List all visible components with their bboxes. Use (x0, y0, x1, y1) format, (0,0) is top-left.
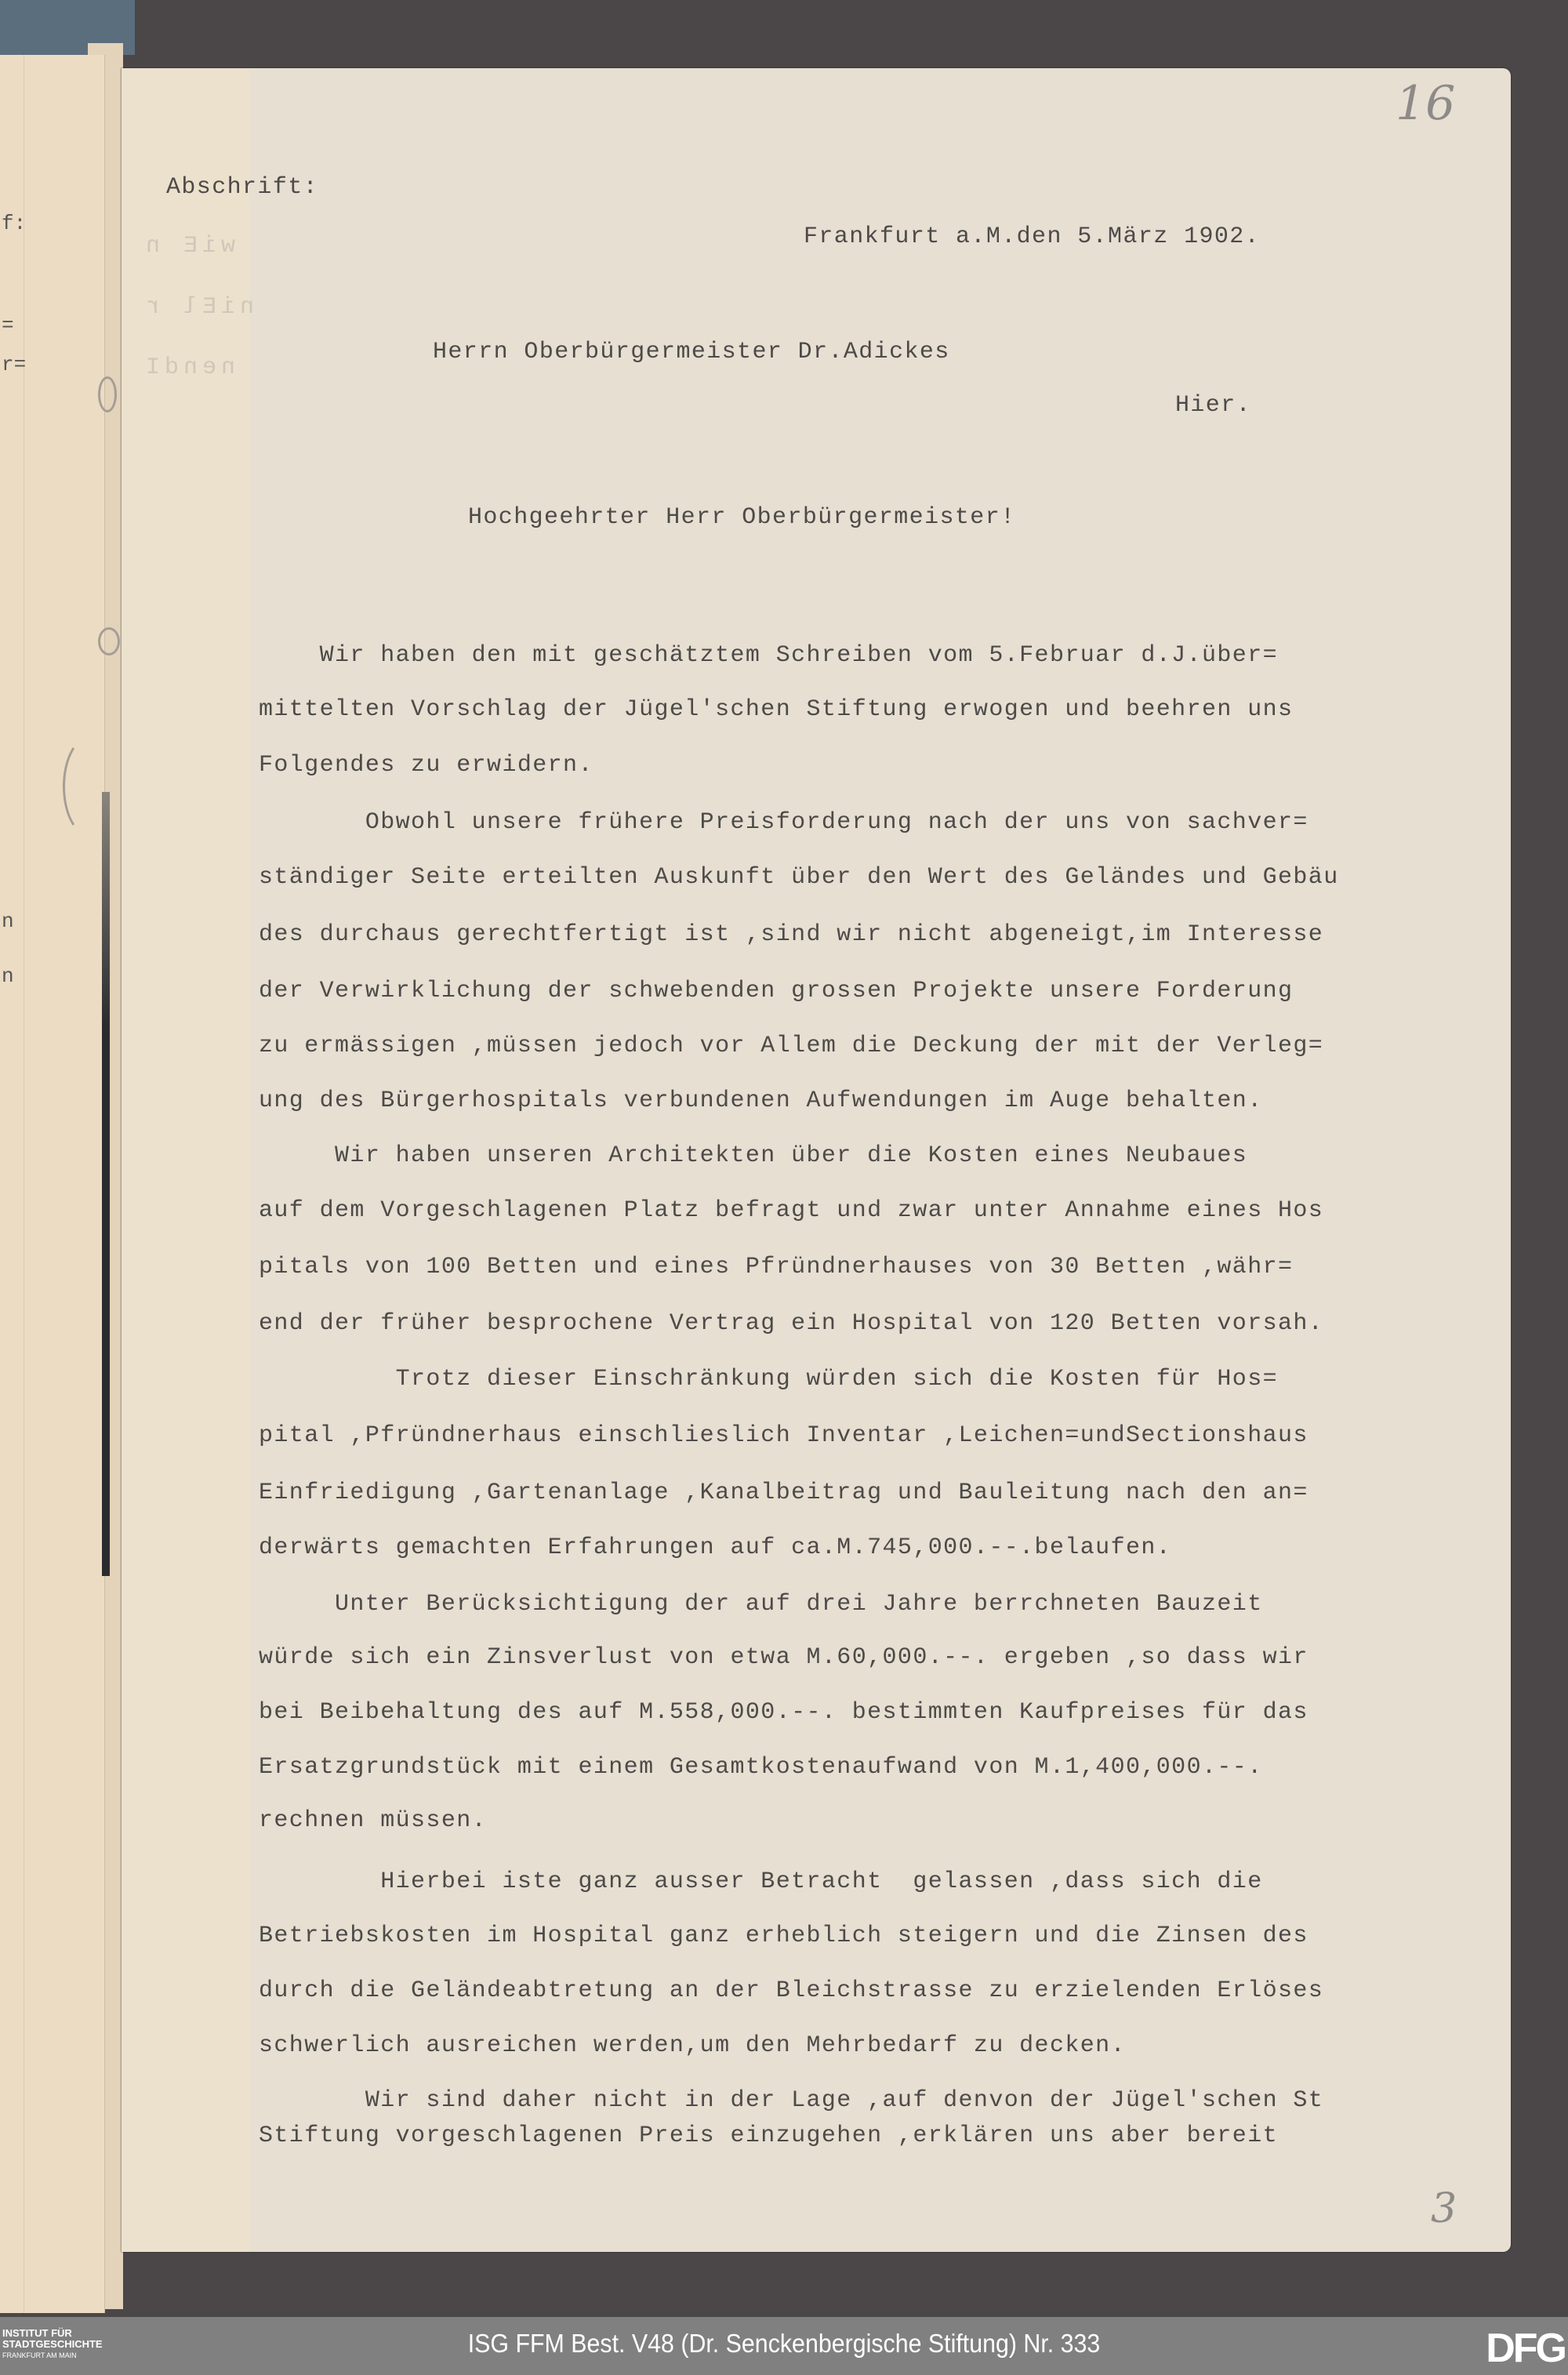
body-line: Unter Berücksichtigung der auf drei Jahr… (259, 1591, 1263, 1618)
binding-spine-shadow (102, 792, 110, 1576)
body-line: Trotz dieser Einschränkung würden sich d… (259, 1366, 1278, 1393)
body-line: durch die Geländeabtretung an der Bleich… (259, 1977, 1323, 2004)
header-label: Abschrift: (166, 174, 318, 201)
handwritten-folio-number: 16 (1396, 76, 1455, 131)
body-line: Einfriedigung ,Gartenanlage ,Kanalbeitra… (259, 1480, 1308, 1506)
handwritten-page-number: 3 (1431, 2185, 1457, 2232)
underlying-text-fragment: r= (2, 353, 26, 376)
scan-background: f: = r= n n wiE n niEl r nendI 16 Abschr… (0, 0, 1568, 2317)
body-line: Ersatzgrundstück mit einem Gesamtkostena… (259, 1754, 1263, 1781)
page-margin-band (122, 68, 249, 2252)
binding-string-icon (98, 627, 120, 655)
body-line: rechnen müssen. (259, 1807, 487, 1834)
body-line: Wir haben unseren Architekten über die K… (259, 1142, 1247, 1169)
body-line: derwärts gemachten Erfahrungen auf ca.M.… (259, 1534, 1171, 1561)
body-line: würde sich ein Zinsverlust von etwa M.60… (259, 1644, 1308, 1671)
bleed-through-text: nendI (141, 354, 235, 381)
body-line: Hierbei iste ganz ausser Betracht gelass… (259, 1868, 1263, 1895)
underlying-text-fragment: = (2, 314, 14, 337)
recipient-location: Hier. (1175, 392, 1251, 419)
body-line: Obwohl unsere frühere Preisforderung nac… (259, 809, 1308, 836)
body-line: mittelten Vorschlag der Jügel'schen Stif… (259, 696, 1293, 723)
body-line: des durchaus gerechtfertigt ist ,sind wi… (259, 921, 1323, 948)
body-line: Folgendes zu erwidern. (259, 752, 593, 779)
body-line: Wir haben den mit geschätztem Schreiben … (259, 642, 1278, 669)
body-line: schwerlich ausreichen werden,um den Mehr… (259, 2032, 1126, 2059)
underlying-text-fragment: f: (2, 212, 26, 235)
bleed-through-text: niEl r (141, 294, 254, 321)
binding-string-icon (98, 376, 117, 412)
body-line: der Verwirklichung der schwebenden gross… (259, 978, 1293, 1004)
underlying-text-fragment: n (2, 964, 14, 988)
body-line: Stiftung vorgeschlagenen Preis einzugehe… (259, 2123, 1278, 2149)
body-line: bei Beibehaltung des auf M.558,000.--. b… (259, 1699, 1308, 1726)
body-line: Wir sind daher nicht in der Lage ,auf de… (259, 2087, 1323, 2114)
dfg-logo: DFG (1486, 2325, 1565, 2372)
body-line: ständiger Seite erteilten Auskunft über … (259, 864, 1339, 891)
bleed-through-text: wiE n (141, 233, 235, 260)
fold-line (24, 55, 24, 2313)
binding-string-icon (63, 737, 114, 836)
body-line: auf dem Vorgeschlagenen Platz befragt un… (259, 1197, 1323, 1224)
salutation: Hochgeehrter Herr Oberbürgermeister! (468, 504, 1016, 531)
body-line: end der früher besprochene Vertrag ein H… (259, 1310, 1323, 1337)
archive-reference: ISG FFM Best. V48 (Dr. Senckenbergische … (63, 2329, 1505, 2359)
date-line: Frankfurt a.M.den 5.März 1902. (804, 223, 1260, 250)
underlying-page: f: = r= n n (0, 55, 105, 2313)
archive-footer-bar: INSTITUT FÜR STADTGESCHICHTE FRANKFURT A… (0, 2317, 1568, 2375)
recipient-name: Herrn Oberbürgermeister Dr.Adickes (433, 339, 950, 365)
body-line: zu ermässigen ,müssen jedoch vor Allem d… (259, 1033, 1323, 1059)
underlying-text-fragment: n (2, 910, 14, 933)
body-line: ung des Bürgerhospitals verbundenen Aufw… (259, 1088, 1263, 1114)
body-line: Betriebskosten im Hospital ganz erheblic… (259, 1923, 1308, 1949)
letter-page: wiE n niEl r nendI 16 Abschrift: Frankfu… (122, 68, 1511, 2252)
body-line: pitals von 100 Betten und eines Pfründne… (259, 1254, 1293, 1280)
body-line: pital ,Pfründnerhaus einschlieslich Inve… (259, 1422, 1308, 1449)
